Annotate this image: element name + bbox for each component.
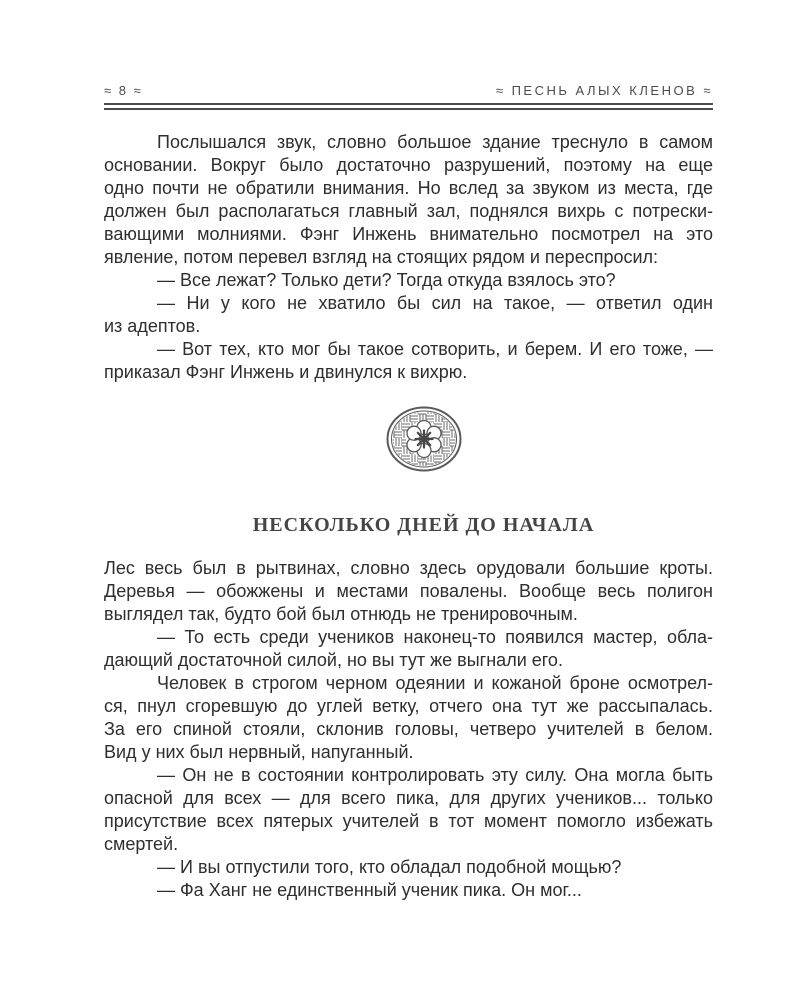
chapter-ornament: [119, 406, 728, 472]
text-block-after-heading: Лес весь был в рытвинах, словно здесь ор…: [104, 557, 713, 902]
text-block-before-ornament: Послышался звук, словно большое здание т…: [104, 131, 713, 384]
text-line: из адептов.: [104, 315, 713, 338]
text-line: — Ни у кого не хватило бы сил на такое, …: [104, 292, 713, 315]
paragraph: Послышался звук, словно большое здание т…: [104, 131, 713, 269]
text-line: — Вот тех, кто мог бы такое сотворить, и…: [104, 338, 713, 361]
text-line: опасной для всех — для всего пика, для д…: [104, 787, 713, 810]
text-line: Деревья — обожжены и местами повалены. В…: [104, 580, 713, 603]
text-line: дающий достаточной силой, но вы тут же в…: [104, 649, 713, 672]
text-line: вающими молниями. Фэнг Инжень внимательн…: [104, 223, 713, 246]
book-page: ≈ 8 ≈ ≈ ПЕСНЬ АЛЫХ КЛЕНОВ ≈ Послышался з…: [0, 0, 800, 1000]
book-title: ≈ ПЕСНЬ АЛЫХ КЛЕНОВ ≈: [496, 84, 713, 97]
section-heading: НЕСКОЛЬКО ДНЕЙ ДО НАЧАЛА: [119, 513, 728, 537]
paragraph: — То есть среди учеников наконец-то появ…: [104, 626, 713, 672]
page-number: ≈ 8 ≈: [104, 84, 143, 97]
flower-medallion-icon: [386, 406, 462, 472]
running-header: ≈ 8 ≈ ≈ ПЕСНЬ АЛЫХ КЛЕНОВ ≈: [104, 84, 713, 97]
text-line: — То есть среди учеников наконец-то появ…: [104, 626, 713, 649]
text-line: — Все лежат? Только дети? Тогда откуда в…: [104, 269, 713, 292]
text-line: ся, пнул сгоревшую до углей ветку, отчег…: [104, 695, 713, 718]
text-line: присутствие всех пятерых учителей в тот …: [104, 810, 713, 833]
text-line: смертей.: [104, 833, 713, 856]
paragraph: — И вы отпустили того, кто обладал подоб…: [104, 856, 713, 879]
text-line: основании. Вокруг было достаточно разруш…: [104, 154, 713, 177]
paragraph: — Ни у кого не хватило бы сил на такое, …: [104, 292, 713, 338]
text-line: — Фа Ханг не единственный ученик пика. О…: [104, 879, 713, 902]
text-line: — Он не в состоянии контролировать эту с…: [104, 764, 713, 787]
text-line: приказал Фэнг Инжень и двинулся к вихрю.: [104, 361, 713, 384]
text-line: Человек в строгом черном одеянии и кожан…: [104, 672, 713, 695]
text-line: выглядел так, будто бой был отнюдь не тр…: [104, 603, 713, 626]
text-line: явление, потом перевел взгляд на стоящих…: [104, 246, 713, 269]
text-line: За его спиной стояли, склонив головы, че…: [104, 718, 713, 741]
text-line: — И вы отпустили того, кто обладал подоб…: [104, 856, 713, 879]
paragraph: — Фа Ханг не единственный ученик пика. О…: [104, 879, 713, 902]
paragraph: Человек в строгом черном одеянии и кожан…: [104, 672, 713, 764]
text-line: должен был располагаться главный зал, по…: [104, 200, 713, 223]
text-line: Послышался звук, словно большое здание т…: [104, 131, 713, 154]
text-line: Лес весь был в рытвинах, словно здесь ор…: [104, 557, 713, 580]
header-rule: [104, 103, 713, 110]
paragraph: — Он не в состоянии контролировать эту с…: [104, 764, 713, 856]
text-line: Вид у них был нервный, напуганный.: [104, 741, 713, 764]
text-line: одно почти не обратили внимания. Но всле…: [104, 177, 713, 200]
paragraph: Лес весь был в рытвинах, словно здесь ор…: [104, 557, 713, 626]
paragraph: — Все лежат? Только дети? Тогда откуда в…: [104, 269, 713, 292]
paragraph: — Вот тех, кто мог бы такое сотворить, и…: [104, 338, 713, 384]
